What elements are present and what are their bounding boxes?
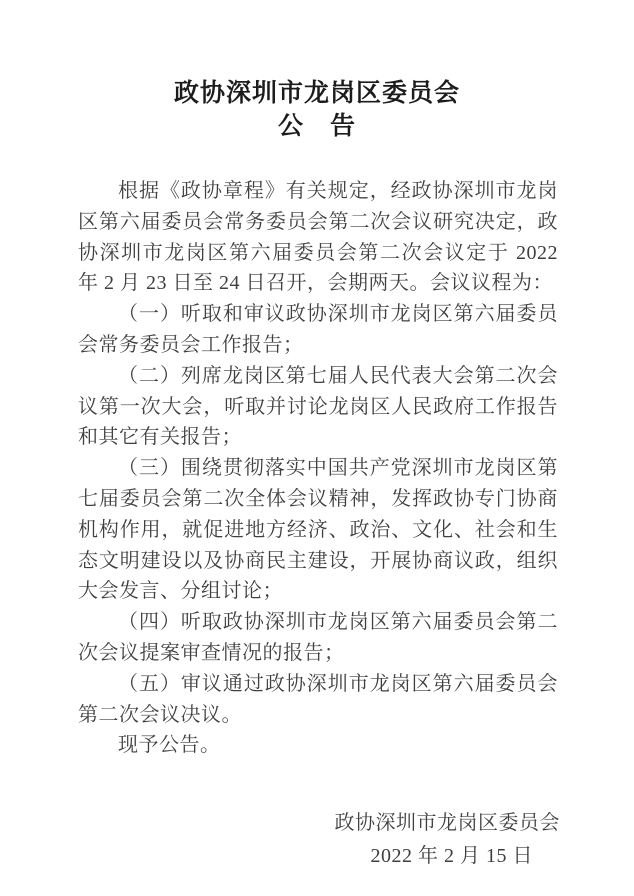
document-subtitle: 公 告 [0,111,634,142]
agenda-item-3: （三）围绕贯彻落实中国共产党深圳市龙岗区第七届委员会第二次全体会议精神，发挥政协… [78,453,558,607]
agenda-item-2: （二）列席龙岗区第七届人民代表大会第二次会议第一次大会，听取并讨论龙岗区人民政府… [78,361,558,453]
signature-date: 2022 年 2 月 15 日 [0,840,560,873]
signature-block: 政协深圳市龙岗区委员会 2022 年 2 月 15 日 [0,807,560,873]
agenda-item-4: （四）听取政协深圳市龙岗区第六届委员会第二次会议提案审查情况的报告； [78,607,558,669]
announcement-page: 政协深圳市龙岗区委员会 公 告 根据《政协章程》有关规定，经政协深圳市龙岗区第六… [0,0,634,896]
agenda-item-5: （五）审议通过政协深圳市龙岗区第六届委员会第二次会议决议。 [78,669,558,731]
closing-line: 现予公告。 [78,730,558,761]
document-title: 政协深圳市龙岗区委员会 [0,78,634,109]
agenda-item-1: （一）听取和审议政协深圳市龙岗区第六届委员会常务委员会工作报告； [78,299,558,361]
document-header: 政协深圳市龙岗区委员会 公 告 [0,0,634,142]
paragraph-intro: 根据《政协章程》有关规定，经政协深圳市龙岗区第六届委员会常务委员会第二次会议研究… [78,176,558,299]
signature-org: 政协深圳市龙岗区委员会 [0,807,560,840]
document-body: 根据《政协章程》有关规定，经政协深圳市龙岗区第六届委员会常务委员会第二次会议研究… [78,176,558,761]
